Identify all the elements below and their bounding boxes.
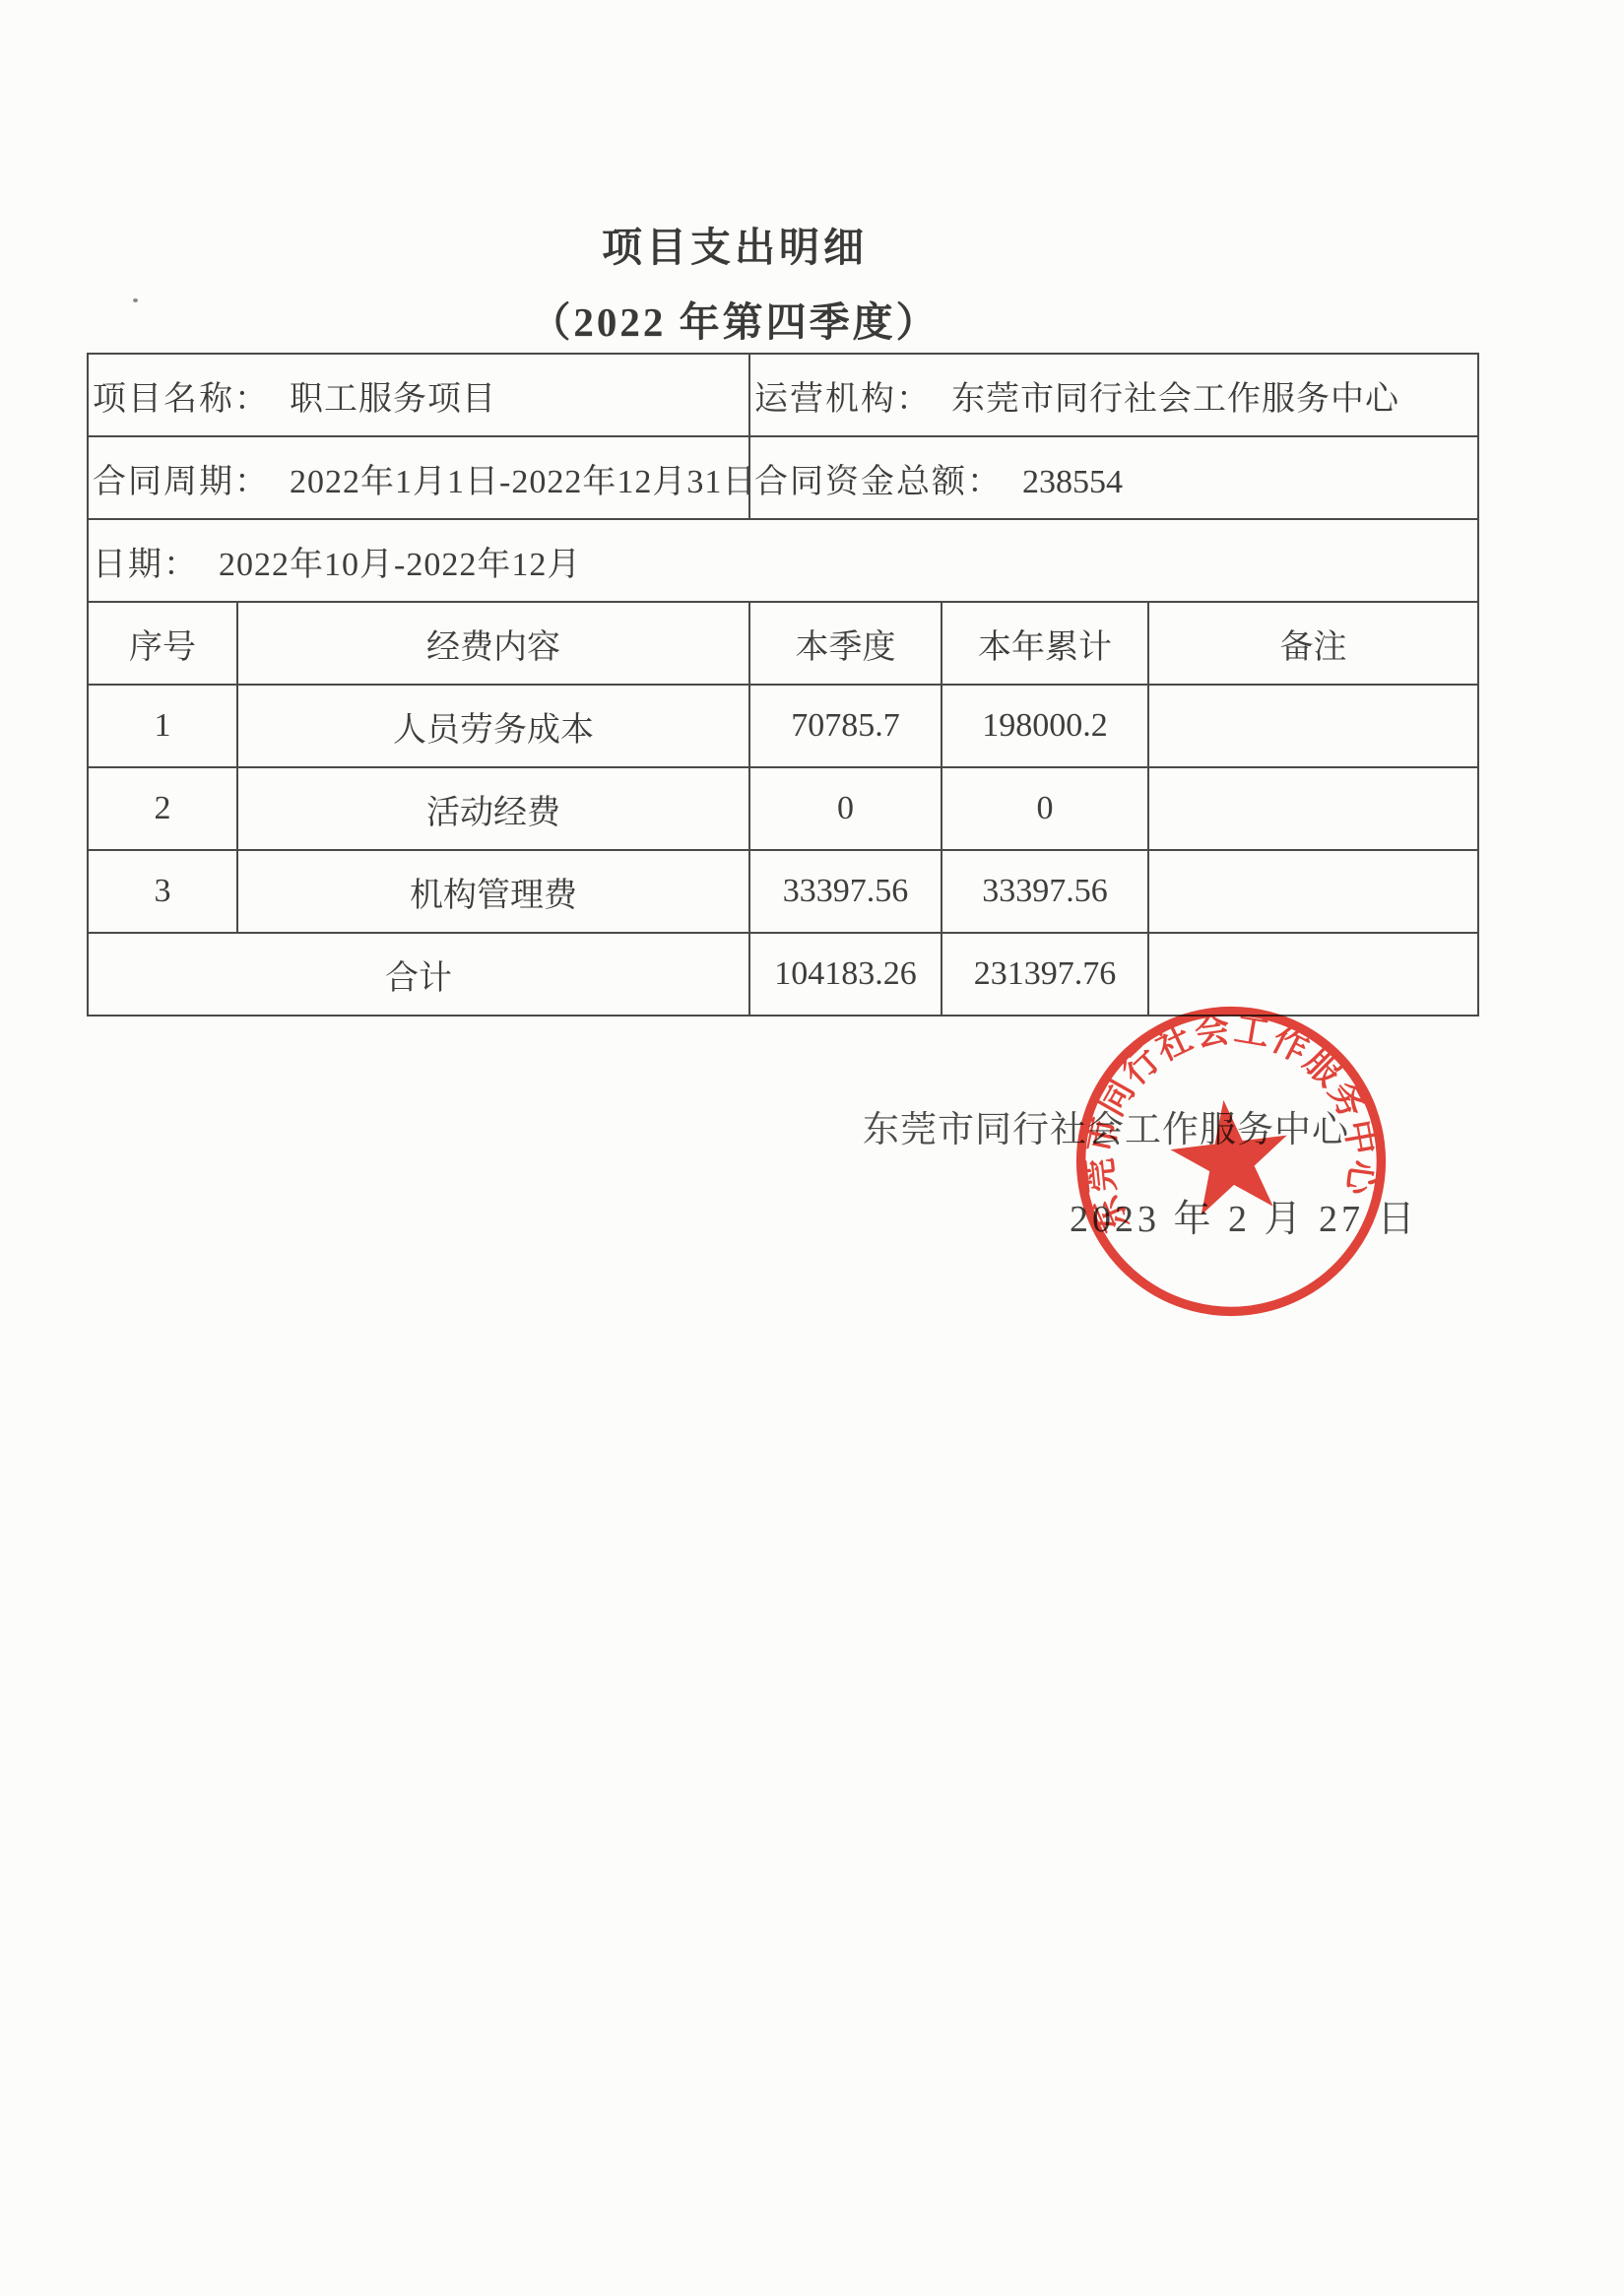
- row3-ytd: 33397.56: [942, 850, 1148, 933]
- project-name-label: 项目名称：: [93, 381, 270, 418]
- operator-value: 东莞市同行社会工作服务中心: [951, 381, 1399, 418]
- row1-item: 人员劳务成本: [237, 685, 749, 767]
- operator-label: 运营机构：: [754, 381, 932, 418]
- total-note: [1148, 933, 1478, 1016]
- row2-no: 2: [88, 767, 237, 850]
- row1-note: [1148, 685, 1478, 767]
- header-seq: 序号: [88, 602, 237, 685]
- row1-ytd: 198000.2: [942, 685, 1148, 767]
- header-note: 备注: [1148, 602, 1478, 685]
- table-row: 2 活动经费 0 0: [88, 767, 1478, 850]
- table-total-row: 合计 104183.26 231397.76: [88, 933, 1478, 1016]
- project-name-value: 职工服务项目: [290, 381, 496, 418]
- row2-quarter: 0: [749, 767, 942, 850]
- stamp-circle: [1064, 994, 1398, 1329]
- total-quarter: 104183.26: [749, 933, 942, 1016]
- contract-period-cell: 合同周期：2022年1月1日-2022年12月31日: [88, 436, 749, 519]
- row2-item: 活动经费: [237, 767, 749, 850]
- contract-period-label: 合同周期：: [93, 464, 270, 500]
- info-row-date: 日期：2022年10月-2022年12月: [88, 519, 1478, 602]
- contract-total-label: 合同资金总额：: [754, 464, 1003, 500]
- header-ytd: 本年累计: [942, 602, 1148, 685]
- total-label: 合计: [88, 933, 749, 1016]
- date-range-value: 2022年10月-2022年12月: [219, 547, 581, 583]
- date-range-label: 日期：: [93, 547, 199, 583]
- page-subtitle: （2022 年第四季度）: [39, 290, 1430, 348]
- table-row: 3 机构管理费 33397.56 33397.56: [88, 850, 1478, 933]
- document-page: 项目支出明细 （2022 年第四季度） 项目名称：职工服务项目 运营机构：东莞市…: [0, 0, 1624, 2296]
- project-name-cell: 项目名称：职工服务项目: [88, 354, 749, 436]
- signature-date: 2023 年 2 月 27 日: [1070, 1188, 1419, 1242]
- info-row-project: 项目名称：职工服务项目 运营机构：东莞市同行社会工作服务中心: [88, 354, 1478, 436]
- contract-period-value: 2022年1月1日-2022年12月31日: [290, 464, 749, 500]
- row3-no: 3: [88, 850, 237, 933]
- row2-note: [1148, 767, 1478, 850]
- total-ytd: 231397.76: [942, 933, 1148, 1016]
- official-seal-stamp: 东莞市同行社会工作服务中心: [1048, 978, 1414, 1345]
- row1-no: 1: [88, 685, 237, 767]
- contract-total-cell: 合同资金总额：238554: [749, 436, 1478, 519]
- signature-organization: 东莞市同行社会工作服务中心: [863, 1099, 1349, 1152]
- operator-cell: 运营机构：东莞市同行社会工作服务中心: [749, 354, 1478, 436]
- row3-quarter: 33397.56: [749, 850, 942, 933]
- row3-item: 机构管理费: [237, 850, 749, 933]
- row2-ytd: 0: [942, 767, 1148, 850]
- page-title: 项目支出明细: [39, 215, 1430, 273]
- info-row-contract: 合同周期：2022年1月1日-2022年12月31日 合同资金总额：238554: [88, 436, 1478, 519]
- table-header-row: 序号 经费内容 本季度 本年累计 备注: [88, 602, 1478, 685]
- expense-table: 项目名称：职工服务项目 运营机构：东莞市同行社会工作服务中心 合同周期：2022…: [87, 353, 1479, 1017]
- header-item: 经费内容: [237, 602, 749, 685]
- row1-quarter: 70785.7: [749, 685, 942, 767]
- contract-total-value: 238554: [1022, 464, 1123, 500]
- date-range-cell: 日期：2022年10月-2022年12月: [88, 519, 1478, 602]
- row3-note: [1148, 850, 1478, 933]
- table-row: 1 人员劳务成本 70785.7 198000.2: [88, 685, 1478, 767]
- header-quarter: 本季度: [749, 602, 942, 685]
